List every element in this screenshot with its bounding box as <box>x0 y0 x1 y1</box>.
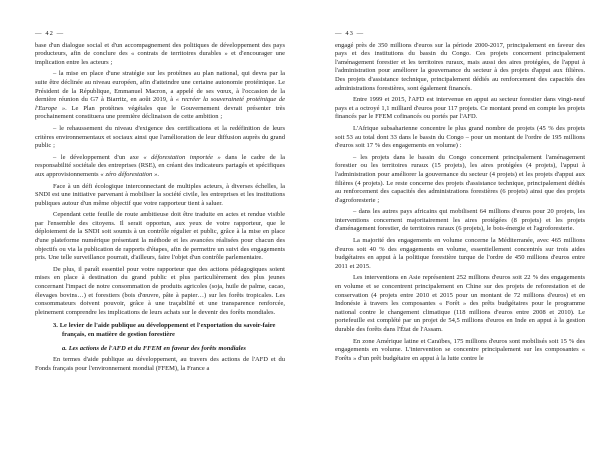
paragraph: En termes d'aide publique au développeme… <box>35 356 285 373</box>
document-spread: — 42 — base d'un dialogue social et d'un… <box>0 0 600 463</box>
bullet-item: – la mise en place d'une stratégie sur l… <box>35 70 285 122</box>
bullet-item: – le rehaussement du niveau d'exigence d… <box>35 125 285 151</box>
paragraph: Les interventions en Asie représentent 2… <box>335 274 585 334</box>
paragraph: Face à un défi écologique interconnectan… <box>35 183 285 209</box>
bullet-text: . Le Plan protéines végétales que le Gou… <box>35 105 285 121</box>
bullet-item: – le développement d'un axe « déforestat… <box>35 154 285 180</box>
paragraph: engagé près de 350 millions d'euros sur … <box>335 42 585 94</box>
paragraph: La majorité des engagements en volume co… <box>335 237 585 271</box>
paragraph: base d'un dialogue social et d'un accomp… <box>35 42 285 68</box>
bullet-text: . <box>157 171 159 178</box>
paragraph: Entre 1999 et 2015, l'AFD est intervenue… <box>335 96 585 122</box>
paragraph: En zone Amérique latine et Caraïbes, 175… <box>335 338 585 364</box>
section-heading: 3. Le levier de l'aide publique au dével… <box>53 322 285 339</box>
bullet-item: – les projets dans le bassin du Congo co… <box>335 154 585 206</box>
paragraph: Cependant cette feuille de route ambitie… <box>35 211 285 263</box>
quoted-italic-text: « déforestation importée » <box>143 154 220 161</box>
paragraph: De plus, il paraît essentiel pour votre … <box>35 266 285 318</box>
bullet-text: – le développement d'un axe <box>53 154 143 161</box>
quoted-italic-text: « zéro déforestation » <box>100 171 157 178</box>
page-42: — 42 — base d'un dialogue social et d'un… <box>35 30 285 376</box>
bullet-item: – dans les autres pays africains qui mob… <box>335 208 585 234</box>
subsection-heading: a. Les actions de l'AFD et du FFEM en fa… <box>62 345 285 354</box>
page-number: — 43 — <box>335 30 585 39</box>
page-number: — 42 — <box>35 30 285 39</box>
page-43: — 43 — engagé près de 350 millions d'eur… <box>335 30 585 366</box>
paragraph: L'Afrique subsaharienne concentre le plu… <box>335 125 585 151</box>
